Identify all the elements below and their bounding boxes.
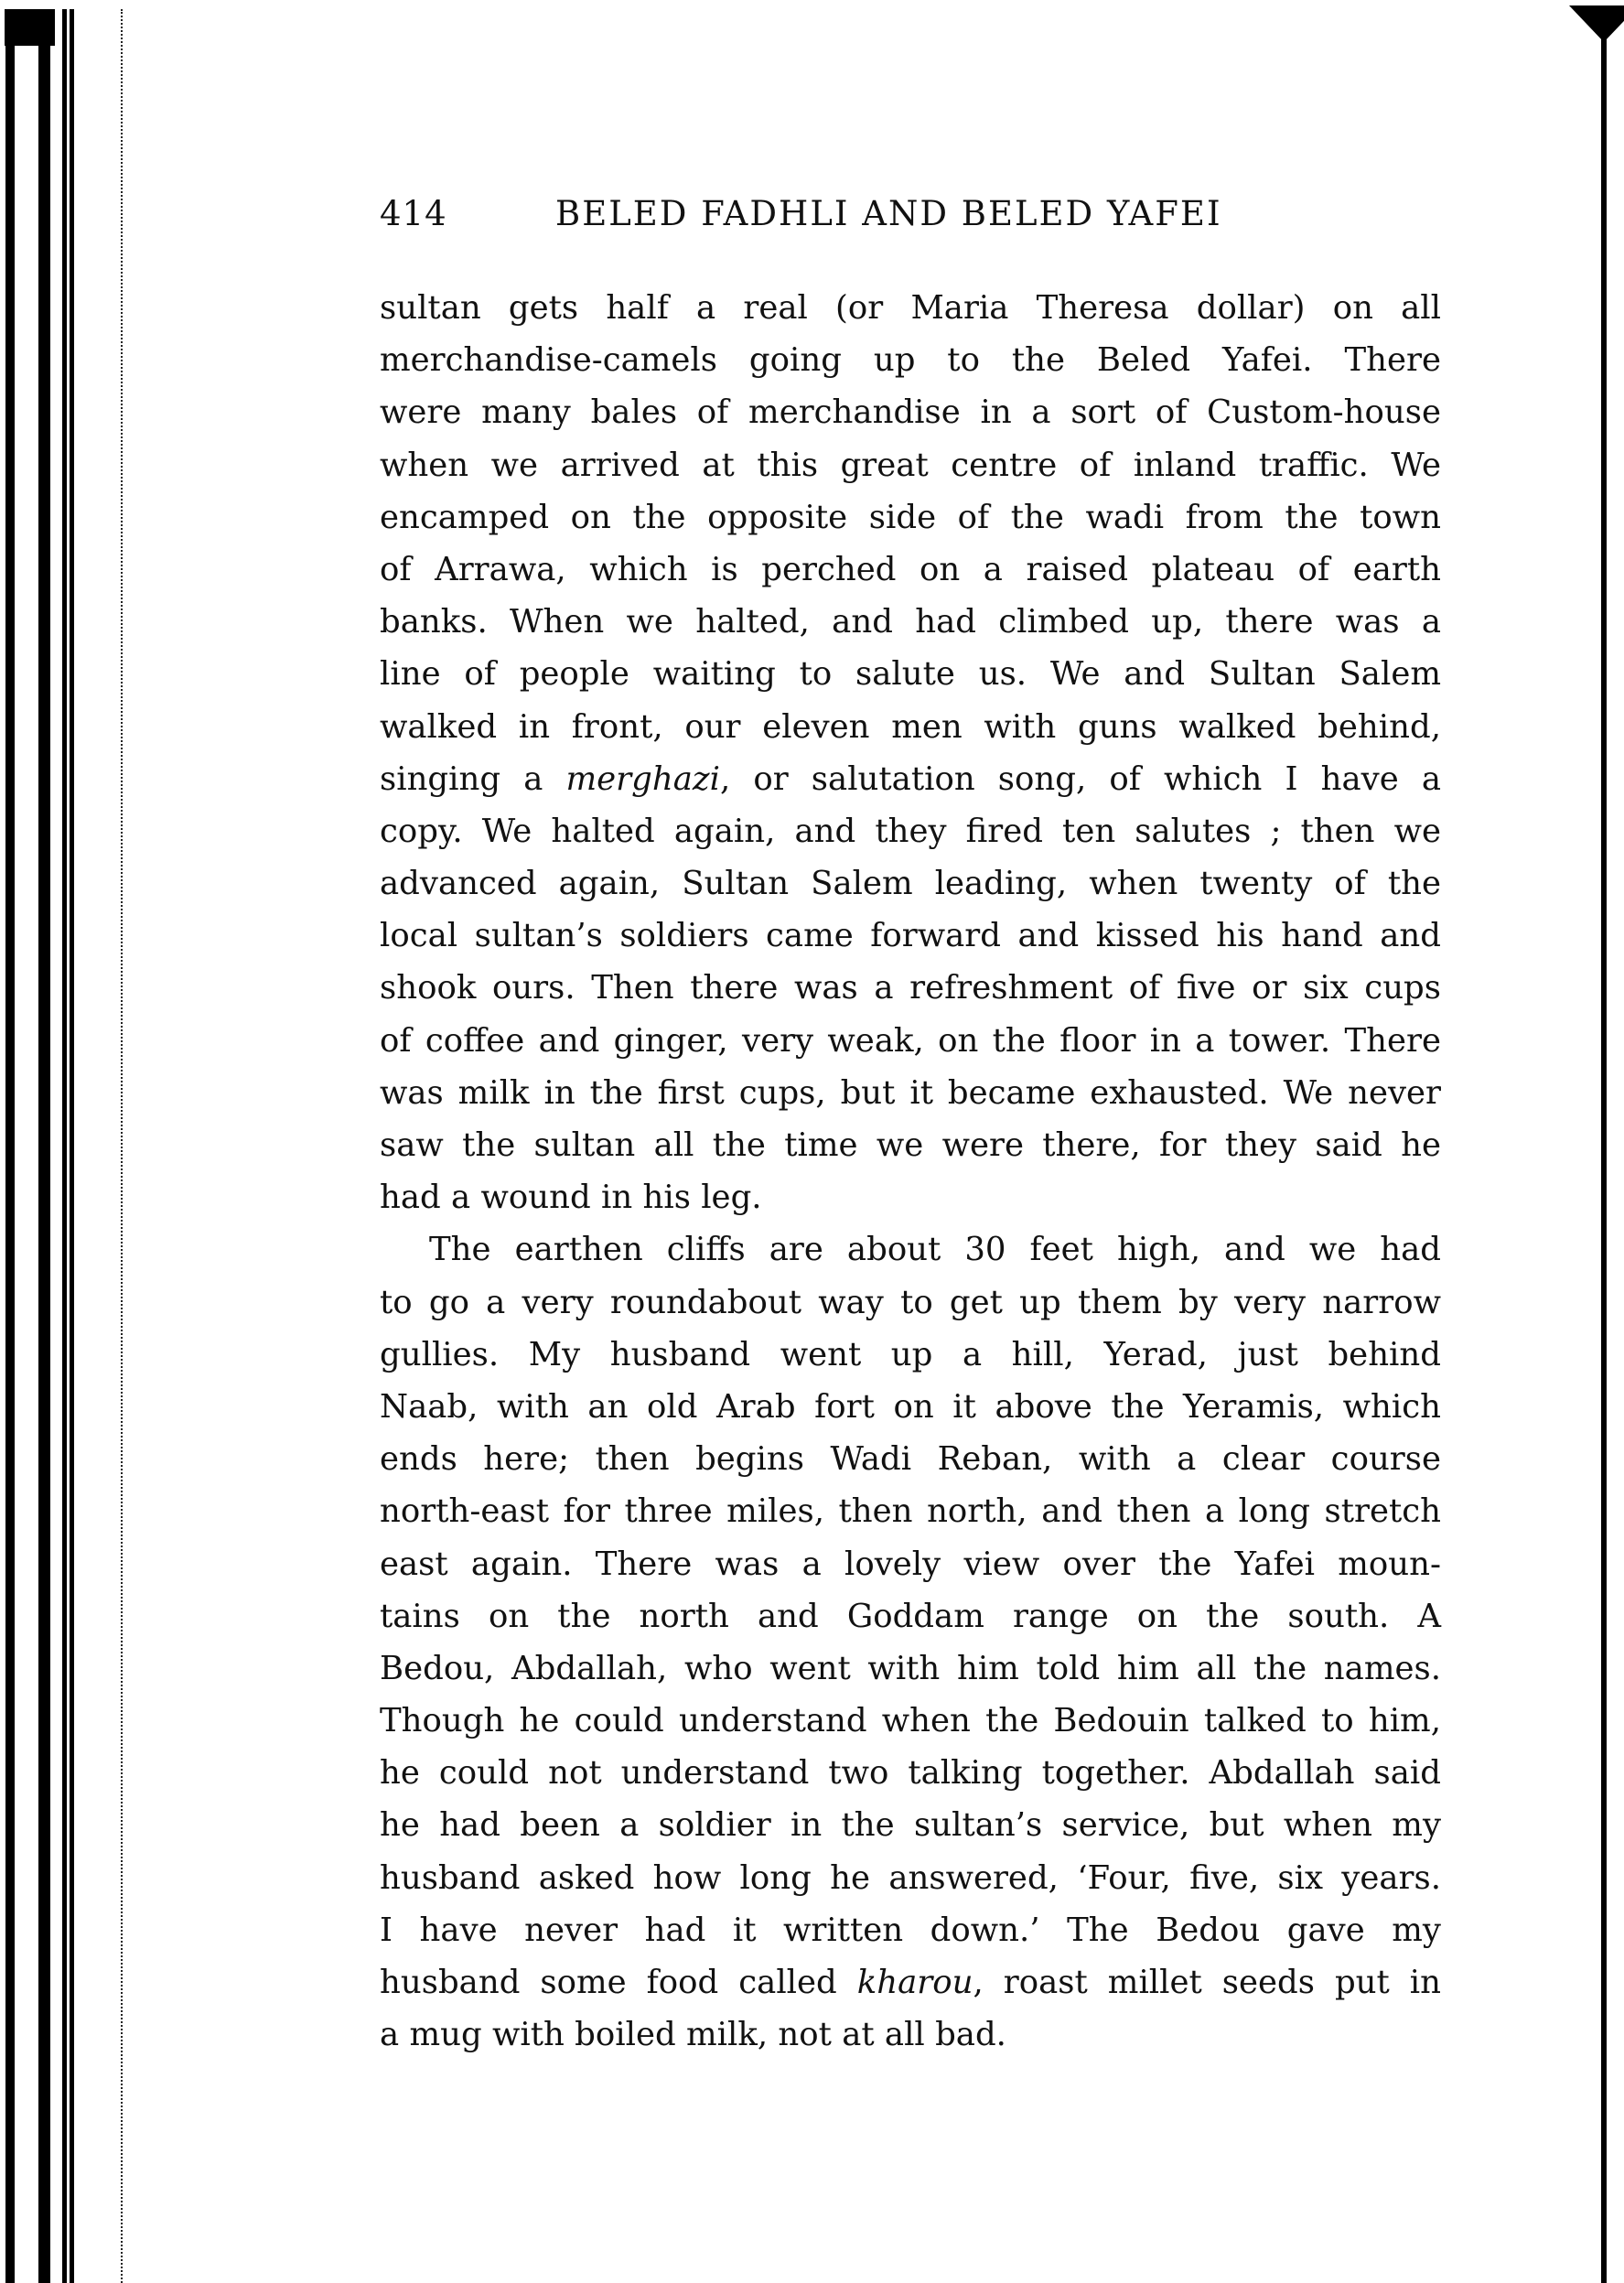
right-edge-rule [1601, 18, 1607, 2283]
right-edge-cap [1569, 5, 1624, 42]
text-line: The earthen cliffs are about 30 feet hig… [380, 1223, 1441, 1276]
text-line: he could not understand two talking toge… [380, 1747, 1441, 1799]
binding-edge-line [70, 9, 74, 2283]
text-line: ends here; then begins Wadi Reban, with … [380, 1433, 1441, 1485]
text-line: he had been a soldier in the sultan’s se… [380, 1799, 1441, 1851]
text-line: when we arrived at this great centre of … [380, 439, 1441, 491]
body-text: sultan gets half a real (or Maria Theres… [380, 282, 1441, 2061]
text-line: advanced again, Sultan Salem leading, wh… [380, 857, 1441, 910]
italic-term: merghazi [566, 760, 720, 798]
paragraph-2: The earthen cliffs are about 30 feet hig… [380, 1223, 1441, 2061]
text-line: Naab, with an old Arab fort on it above … [380, 1381, 1441, 1433]
text-line: a mug with boiled milk, not at all bad. [380, 2008, 1441, 2061]
binding-edge-line [62, 9, 67, 2283]
text-line: merchandise-camels going up to the Beled… [380, 334, 1441, 386]
text-line: encamped on the opposite side of the wad… [380, 491, 1441, 544]
text-line: of coffee and ginger, very weak, on the … [380, 1015, 1441, 1067]
text-line: copy. We halted again, and they fired te… [380, 805, 1441, 857]
text-line: shook ours. Then there was a refreshment… [380, 962, 1441, 1014]
text-line: had a wound in his leg. [380, 1171, 1441, 1223]
text-line: banks. When we halted, and had climbed u… [380, 596, 1441, 648]
text-line: of Arrawa, which is perched on a raised … [380, 544, 1441, 596]
paragraph-1: sultan gets half a real (or Maria Theres… [380, 282, 1441, 1223]
text-line: gullies. My husband went up a hill, Yera… [380, 1329, 1441, 1381]
text-line: line of people waiting to salute us. We … [380, 648, 1441, 700]
text-line: Bedou, Abdallah, who went with him told … [380, 1642, 1441, 1695]
text-line: to go a very roundabout way to get up th… [380, 1276, 1441, 1329]
text-line: Though he could understand when the Bedo… [380, 1695, 1441, 1747]
text-line: husband asked how long he answered, ‘Fou… [380, 1852, 1441, 1904]
binding-edge-line [38, 11, 50, 2283]
text-line: singing a merghazi, or salutation song, … [380, 753, 1441, 805]
text-line: north-east for three miles, then north, … [380, 1485, 1441, 1537]
text-line: were many bales of merchandise in a sort… [380, 386, 1441, 438]
running-head: 414 BELED FADHLI AND BELED YAFEI [380, 194, 1441, 240]
text-line: was milk in the first cups, but it becam… [380, 1067, 1441, 1119]
book-page: 414 BELED FADHLI AND BELED YAFEI sultan … [0, 0, 1624, 2283]
text-line: saw the sultan all the time we were ther… [380, 1119, 1441, 1171]
text-line: sultan gets half a real (or Maria Theres… [380, 282, 1441, 334]
binding-edge-line [5, 11, 15, 2283]
italic-term: kharou [857, 1964, 973, 2001]
text-line: walked in front, our eleven men with gun… [380, 701, 1441, 753]
running-title: BELED FADHLI AND BELED YAFEI [555, 194, 1222, 233]
page-gutter-edge [121, 9, 124, 2283]
text-line: I have never had it written down.’ The B… [380, 1904, 1441, 1956]
text-line: local sultan’s soldiers came forward and… [380, 910, 1441, 962]
text-line: tains on the north and Goddam range on t… [380, 1590, 1441, 1642]
text-line: east again. There was a lovely view over… [380, 1538, 1441, 1590]
page-number: 414 [380, 194, 447, 233]
text-line: husband some food called kharou, roast m… [380, 1956, 1441, 2008]
